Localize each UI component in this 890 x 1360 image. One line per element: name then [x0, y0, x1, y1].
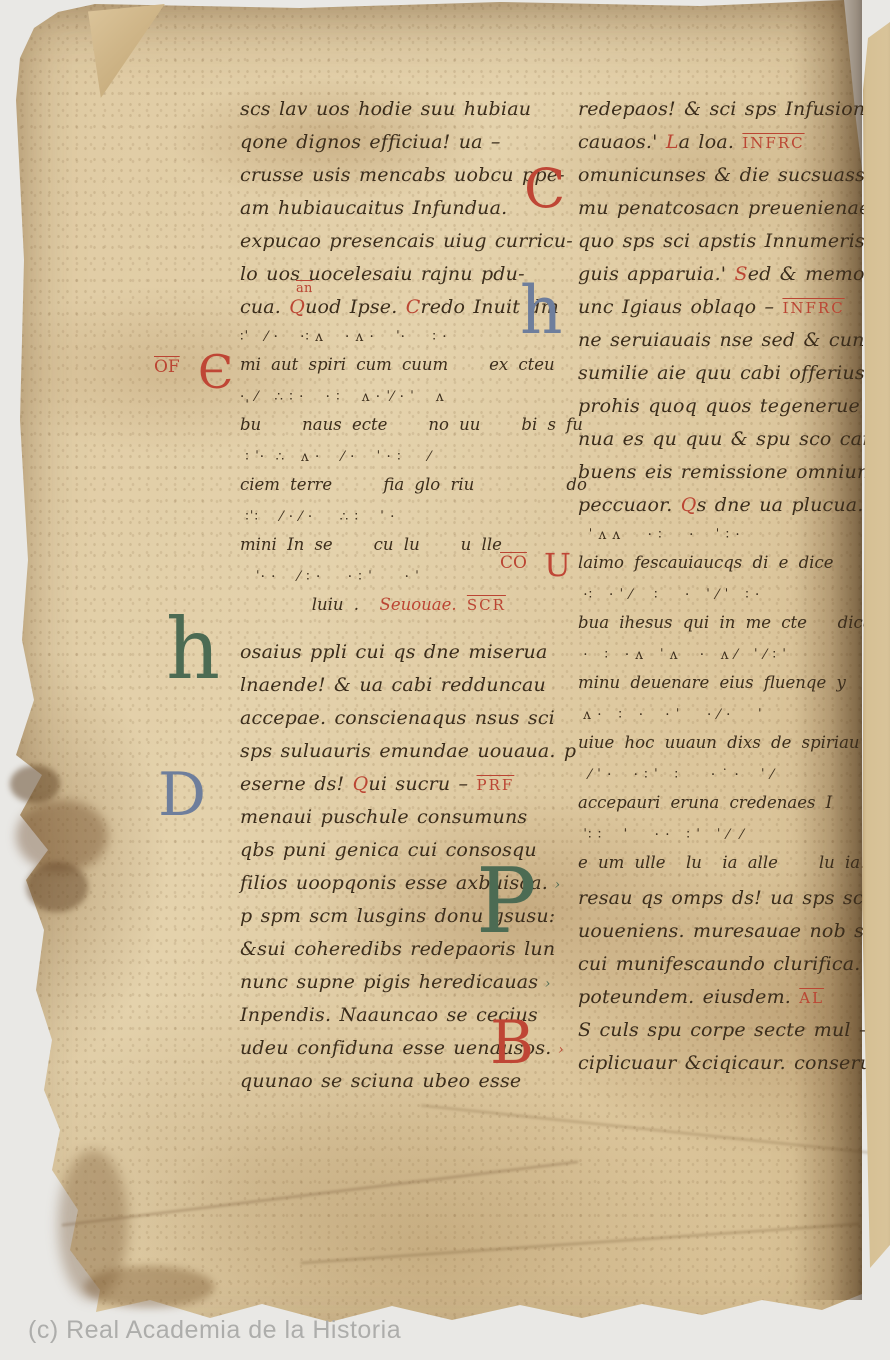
manuscript-line: ne seruiauais nse sed & cuncae: [578, 329, 860, 362]
text-run: Q: [289, 296, 305, 318]
text-run: C: [406, 296, 421, 318]
manuscript-line: redepaos! & sci sps Infusione di-: [578, 98, 860, 131]
neume-line: ·∶ · ˈ ⁄ ∶ · ˈ ⁄ ˈ ∶ ·: [578, 587, 860, 613]
text-run: qone dignos efficiua! ua –: [240, 131, 501, 153]
text-run: ciplicuaur &ciqicaur. conseruu: [578, 1052, 885, 1074]
offertory-rubric: OF: [154, 357, 180, 377]
manuscript-line: lo uos uocelesaiu rajnu pdu-: [240, 263, 542, 296]
manuscript-line: nunc supne pigis heredicauas ›: [240, 971, 542, 1004]
text-run: ›: [538, 976, 550, 992]
edge-stain: [16, 800, 108, 872]
text-run: lnaende! & ua cabi redduncau: [240, 674, 546, 696]
manuscript-line: bua ihesus qui in me cte dica flu: [578, 613, 860, 647]
manuscript-line: luiu . Seuouae. SCR: [240, 595, 542, 629]
manuscript-line: guis apparuia.' Sed & memoria: [578, 263, 860, 296]
text-run: minu deuenare eius fluenqe y que: [578, 673, 890, 692]
text-run: am hubiaucaitus Infundua.: [240, 197, 507, 219]
initial-H: h: [520, 278, 563, 344]
manuscript-line: sumilie aie quu cabi offerius: [578, 362, 860, 395]
manuscript-line: lnaende! & ua cabi redduncau: [240, 674, 542, 707]
manuscript-line: hunc Igiaus oblaqo – INFRC: [578, 296, 860, 329]
text-run: ciem terre fia glo riu do: [240, 475, 587, 494]
manuscript-line: scs lav uos hodie suu hubiau: [240, 98, 542, 131]
communio-rubric: CO: [500, 553, 527, 573]
manuscript-line: accepauri eruna credenaes I n: [578, 793, 860, 827]
neume-line: ·ˌ ⁄ ∴ ∶ · · ∶ ʌ · ˈ⁄ · ˈ ʌ: [240, 389, 542, 415]
manuscript-line: Comunicunses & die sucsuassi-: [578, 164, 860, 197]
manuscript-line: quo sps sci apstis Innumeris lin: [578, 230, 860, 263]
text-run: uod Ipse.: [305, 296, 406, 318]
text-run: ˈ∶ ∶ ˈ · · ∶ ˈ ˈ ⁄ ⁄: [578, 827, 744, 843]
text-run: scs lav uos hodie suu hubiau: [240, 98, 531, 120]
text-run: quunao se sciuna ubeo esse: [240, 1070, 521, 1092]
text-run: ›: [551, 1042, 563, 1058]
text-run: mini In se cu lu u lle: [240, 535, 502, 554]
text-run: nunc supne pigis heredicauas: [240, 971, 538, 993]
initial-C: C: [524, 162, 566, 216]
text-run: quo sps sci apstis Innumeris lin: [578, 230, 890, 252]
manuscript-line: qone dignos efficiua! ua –: [240, 131, 542, 164]
text-run: Seuouae.: [380, 595, 467, 614]
manuscript-line: Deserne ds! Qui sucru – PRF: [240, 773, 542, 806]
manuscript-line: expucao presencais uiug curricu-: [240, 230, 542, 263]
manuscript-line: ancua. Quod Ipse. Credo Inuit dm: [240, 296, 542, 329]
secreta-rubric: SCR: [467, 596, 506, 614]
manuscript-line: cui munifescaundo clurifica.: [578, 953, 860, 986]
initial-B: B: [490, 1013, 534, 1073]
manuscript-line: ciem terre fia glo riu do: [240, 475, 542, 509]
text-run: e um ulle lu ia alle lu ia.: [578, 853, 865, 872]
edge-stain: [26, 862, 88, 912]
infra-actionem-rubric: INFRC: [742, 134, 804, 152]
text-run: prohis quoq quos tegenerue dig-: [578, 395, 890, 417]
text-run: luiu .: [240, 595, 380, 614]
text-run: menaui puschule consumuns: [240, 806, 527, 828]
text-run: ∶ˈ∶ ⁄ · ⁄ · ∴ ∶ ˈ ·: [240, 509, 395, 525]
text-run: ˈ· · ⁄ ∶ · · ∶ ˈ · ˈ: [240, 569, 420, 585]
text-run: ne seruiauais nse sed & cuncae: [578, 329, 890, 351]
manuscript-line: mu penatcosacn preuenienaes.: [578, 197, 860, 230]
text-run: omunicunses & die sucsuassi-: [578, 164, 878, 186]
manuscript-line: am hubiaucaitus Infundua.: [240, 197, 542, 230]
text-run: bua ihesus qui in me cte dica flu: [578, 613, 890, 632]
text-run: ›: [548, 877, 560, 893]
text-run: s dne ua plucua.: [697, 494, 864, 516]
tear-stain: [84, 1266, 214, 1308]
initial-H: h: [166, 607, 220, 691]
manuscript-line: bu naus ecte no uu bi s fu: [240, 415, 542, 449]
manuscript-line: buens eis remissione omnium: [578, 461, 860, 494]
text-run: unc Igiaus oblaqo –: [578, 296, 782, 318]
manuscript-line: peccuaor. Qs dne ua plucua.: [578, 494, 860, 527]
text-run: accepae. conscienaqus nsus sci: [240, 707, 555, 729]
manuscript-line: menaui puschule consumuns: [240, 806, 542, 839]
text-run: ∶ ˈ· ∴ ʌ · ⁄ · ˈ · ∶ ⁄: [240, 449, 431, 465]
text-run: cauaos.': [578, 131, 666, 153]
neume-line: ∶ˈ ⁄ · ·∶ ʌ · ʌ · ˈ· ∶ ·: [240, 329, 542, 355]
manuscript-line: uoueniens. muresauae nob sili: [578, 920, 860, 953]
neume-line: · ∶ · ʌ ˈ ʌ · ʌ ⁄ ˈ ⁄ ∶ ˈ: [578, 647, 860, 673]
text-run: nua es qu quu & spu sco cari-: [578, 428, 884, 450]
text-run: mu penatcosacn preuenienaes.: [578, 197, 887, 219]
manuscript-line: COUlaimo fescauiaucqs di e dice: [578, 553, 860, 587]
text-run: crusse usis mencabs uobcu ppe-: [240, 164, 565, 186]
manuscript-line: nua es qu quu & spu sco cari-: [578, 428, 860, 461]
alia-rubric: AL: [799, 989, 824, 1007]
manuscript-line: BS culs spu corpe secte mul –: [578, 1019, 860, 1052]
text-run: a loa.: [679, 131, 743, 153]
manuscript-line: uiue hoc uuaun dixs de spiriau quen: [578, 733, 860, 767]
manuscript-line: [240, 629, 542, 641]
text-run: laimo fescauiaucqs di e dice: [578, 553, 833, 572]
text-run: eserne ds!: [240, 773, 353, 795]
text-run: sumilie aie quu cabi offerius: [578, 362, 865, 384]
text-run: uoueniens. muresauae nob sili: [578, 920, 883, 942]
text-run: osaius ppli cui qs dne miserua: [240, 641, 548, 663]
text-run: S culs spu corpe secte mul –: [578, 1019, 869, 1041]
text-run: lo uos uocelesaiu rajnu pdu-: [240, 263, 525, 285]
text-run: ˈ ʌ ʌ · ∶ · ˈ ∶ ·: [578, 527, 741, 543]
manuscript-line: crusse usis mencabs uobcu ppe-: [240, 164, 542, 197]
neume-line: ˈ∶ ∶ ˈ · · ∶ ˈ ˈ ⁄ ⁄: [578, 827, 860, 853]
infra-actionem-rubric: INFRC: [782, 299, 844, 317]
text-run: buens eis remissione omnium: [578, 461, 875, 483]
initial-D: D: [158, 765, 206, 825]
text-run: ⁄ ˈ · · ∶ ˈ ∶ · ˙ · ˈ ⁄: [578, 767, 774, 783]
antiphon-rubric: an: [296, 281, 313, 296]
manuscript-line: OFЄmi aut spiri cum cuum ex cteu: [240, 355, 542, 389]
manuscript-line: mini In se cu lu u lle: [240, 535, 542, 569]
initial-E: Є: [198, 349, 233, 395]
text-run: S: [734, 263, 747, 285]
text-run: ʌ · ∶ · · ˈ · ⁄ · ˈ: [578, 707, 763, 723]
right-text-column: redepaos! & sci sps Infusione di-cauaos.…: [578, 98, 860, 1085]
text-run: ·ˌ ⁄ ∴ ∶ · · ∶ ʌ · ˈ⁄ · ˈ ʌ: [240, 389, 445, 405]
manuscript-line: sps suluauris emundae uouaua. p: [240, 740, 542, 773]
manuscript-line: minu deuenare eius fluenqe y que: [578, 673, 860, 707]
neume-line: ˈ· · ⁄ ∶ · · ∶ ˈ · ˈ: [240, 569, 542, 595]
text-run: poteundem. eiusdem.: [578, 986, 799, 1008]
text-run: mi aut spiri cum cuum ex cteu: [240, 355, 555, 374]
text-run: L: [666, 131, 679, 153]
copyright-watermark: (c) Real Academia de la Historia: [28, 1316, 401, 1345]
text-run: accepauri eruna credenaes I n: [578, 793, 890, 812]
neume-line: ˈ ʌ ʌ · ∶ · ˈ ∶ ·: [578, 527, 860, 553]
initial-P: P: [476, 857, 537, 947]
text-run: sps suluauris emundae uouaua. p: [240, 740, 576, 762]
text-run: ·∶ · ˈ ⁄ ∶ · ˈ ⁄ ˈ ∶ ·: [578, 587, 760, 603]
manuscript-line: accepae. conscienaqus nsus sci: [240, 707, 542, 740]
neume-line: ∶ˈ∶ ⁄ · ⁄ · ∴ ∶ ˈ ·: [240, 509, 542, 535]
manuscript-line: Presau qs omps ds! ua sps sci PCO: [578, 887, 860, 920]
text-run: resau qs omps ds! ua sps sci: [578, 887, 878, 909]
text-run: redepaos! & sci sps Infusione di-: [578, 98, 890, 120]
manuscript-line: poteundem. eiusdem. AL: [578, 986, 860, 1019]
text-run: guis apparuia.': [578, 263, 734, 285]
text-run: bu naus ecte no uu bi s fu: [240, 415, 583, 434]
text-run: Q: [353, 773, 369, 795]
text-run: cua.: [240, 296, 289, 318]
manuscript-photo: scs lav uos hodie suu hubiauqone dignos …: [0, 0, 890, 1360]
preface-rubric: PRF: [477, 776, 515, 794]
text-run: cui munifescaundo clurifica.: [578, 953, 861, 975]
manuscript-line: cauaos.' La loa. INFRC: [578, 131, 860, 164]
neume-line: ∶ ˈ· ∴ ʌ · ⁄ · ˈ · ∶ ⁄: [240, 449, 542, 475]
text-run: ∶ˈ ⁄ · ·∶ ʌ · ʌ · ˈ· ∶ ·: [240, 329, 448, 345]
text-run: Q: [681, 494, 697, 516]
neume-line: ⁄ ˈ · · ∶ ˈ ∶ · ˙ · ˈ ⁄: [578, 767, 860, 793]
text-run: · ∶ · ʌ ˈ ʌ · ʌ ⁄ ˈ ⁄ ∶ ˈ: [578, 647, 787, 663]
edge-stain: [10, 765, 60, 803]
text-run: expucao presencais uiug curricu-: [240, 230, 573, 252]
initial-U: U: [544, 549, 571, 581]
manuscript-line: hosaius ppli cui qs dne miserua: [240, 641, 542, 674]
neume-line: ʌ · ∶ · · ˈ · ⁄ · ˈ: [578, 707, 860, 733]
text-run: uiue hoc uuaun dixs de spiriau quen: [578, 733, 890, 752]
manuscript-line: prohis quoq quos tegenerue dig-: [578, 395, 860, 428]
text-run: ui sucru –: [368, 773, 476, 795]
manuscript-line: ciplicuaur &ciqicaur. conseruu: [578, 1052, 860, 1085]
manuscript-line: e um ulle lu ia alle lu ia.: [578, 853, 860, 887]
text-run: peccuaor.: [578, 494, 681, 516]
